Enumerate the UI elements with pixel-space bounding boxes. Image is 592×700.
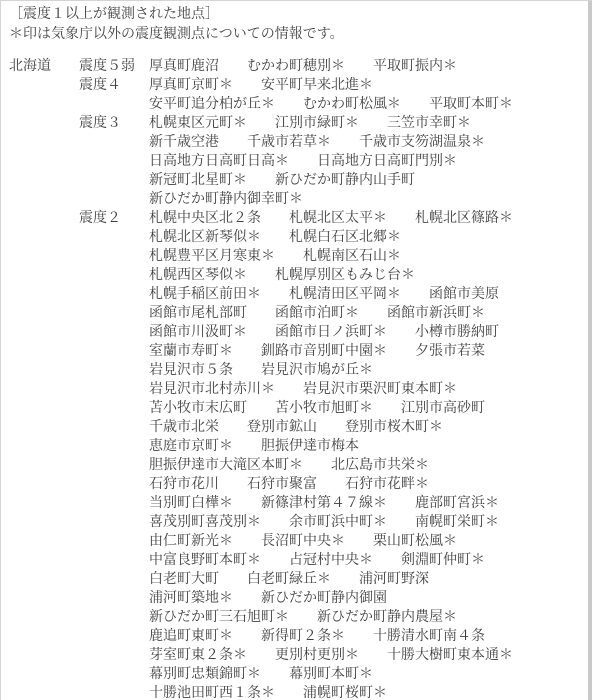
intensity-label — [79, 171, 149, 190]
intensity-label — [79, 228, 149, 247]
station-list-line: 札幌手稲区前田＊ 札幌清田区平岡＊ 函館市美原 — [149, 285, 582, 304]
observation-row: 苫小牧市末広町 苫小牧市旭町＊ 江別市高砂町 — [9, 399, 582, 418]
observation-row: 岩見沢市北村赤川＊ 岩見沢市栗沢町東本町＊ — [9, 380, 582, 399]
region-name — [9, 95, 79, 114]
observation-row: 新ひだか町三石旭町＊ 新ひだか町静内農屋＊ — [9, 608, 582, 627]
region-name — [9, 247, 79, 266]
region-name — [9, 589, 79, 608]
intensity-label: 震度４ — [79, 76, 149, 95]
observation-row: 芽室町東２条＊ 更別村更別＊ 十勝大樹町東本通＊ — [9, 646, 582, 665]
observation-row: 由仁町新光＊ 長沼町中央＊ 栗山町松風＊ — [9, 532, 582, 551]
intensity-label — [79, 323, 149, 342]
station-list-line: 由仁町新光＊ 長沼町中央＊ 栗山町松風＊ — [149, 532, 582, 551]
station-list-line: 新冠町北星町＊ 新ひだか町静内山手町 — [149, 171, 582, 190]
observation-row: 札幌手稲区前田＊ 札幌清田区平岡＊ 函館市美原 — [9, 285, 582, 304]
station-list-line: 芽室町東２条＊ 更別村更別＊ 十勝大樹町東本通＊ — [149, 646, 582, 665]
station-list-line: 十勝池田町西１条＊ 浦幌町桜町＊ — [149, 684, 582, 700]
station-list-line: 札幌西区琴似＊ 札幌厚別区もみじ台＊ — [149, 266, 582, 285]
intensity-label — [79, 589, 149, 608]
station-list-line: 安平町追分柏が丘＊ むかわ町松風＊ 平取町本町＊ — [149, 95, 582, 114]
region-name — [9, 76, 79, 95]
station-list-line: 函館市尾札部町 函館市泊町＊ 函館市新浜町＊ — [149, 304, 582, 323]
region-name — [9, 228, 79, 247]
observation-list: 北海道震度５弱厚真町鹿沼 むかわ町穂別＊ 平取町振内＊震度４厚真町京町＊ 安平町… — [9, 57, 582, 700]
station-list-line: 厚真町京町＊ 安平町早来北進＊ — [149, 76, 582, 95]
region-name — [9, 646, 79, 665]
intensity-label — [79, 551, 149, 570]
station-list-line: 浦河町築地＊ 新ひだか町静内御園 — [149, 589, 582, 608]
observation-row: 安平町追分柏が丘＊ むかわ町松風＊ 平取町本町＊ — [9, 95, 582, 114]
station-list-line: 新ひだか町静内御幸町＊ — [149, 190, 582, 209]
region-name — [9, 209, 79, 228]
observation-row: 函館市川汲町＊ 函館市日ノ浜町＊ 小樽市勝納町 — [9, 323, 582, 342]
intensity-label — [79, 399, 149, 418]
region-name — [9, 437, 79, 456]
station-list-line: 喜茂別町喜茂別＊ 余市町浜中町＊ 南幌町栄町＊ — [149, 513, 582, 532]
region-name — [9, 570, 79, 589]
station-list-line: 札幌北区新琴似＊ 札幌白石区北郷＊ — [149, 228, 582, 247]
earthquake-report-page: ［震度１以上が観測された地点］ ＊印は気象庁以外の震度観測点についての情報です。… — [0, 0, 592, 700]
intensity-label — [79, 627, 149, 646]
intensity-label — [79, 152, 149, 171]
station-list-line: 室蘭市寿町＊ 釧路市音別町中園＊ 夕張市若菜 — [149, 342, 582, 361]
observation-row: 震度４厚真町京町＊ 安平町早来北進＊ — [9, 76, 582, 95]
intensity-label: 震度３ — [79, 114, 149, 133]
intensity-label — [79, 494, 149, 513]
observation-row: 中富良野町本町＊ 占冠村中央＊ 剣淵町仲町＊ — [9, 551, 582, 570]
intensity-label: 震度２ — [79, 209, 149, 228]
report-content: ［震度１以上が観測された地点］ ＊印は気象庁以外の震度観測点についての情報です。… — [9, 4, 582, 700]
station-list-line: 札幌豊平区月寒東＊ 札幌南区石山＊ — [149, 247, 582, 266]
region-name — [9, 133, 79, 152]
intensity-label — [79, 437, 149, 456]
observation-row: 震度３札幌東区元町＊ 江別市緑町＊ 三笠市幸町＊ — [9, 114, 582, 133]
observation-row: 胆振伊達市大滝区本町＊ 北広島市共栄＊ — [9, 456, 582, 475]
asterisk-note: ＊印は気象庁以外の震度観測点についての情報です。 — [9, 24, 582, 44]
intensity-label — [79, 684, 149, 700]
observation-row: 岩見沢市５条 岩見沢市鳩が丘＊ — [9, 361, 582, 380]
region-name — [9, 323, 79, 342]
observation-row: 新ひだか町静内御幸町＊ — [9, 190, 582, 209]
observation-row: 札幌西区琴似＊ 札幌厚別区もみじ台＊ — [9, 266, 582, 285]
region-name — [9, 684, 79, 700]
station-list-line: 当別町白樺＊ 新篠津村第４７線＊ 鹿部町宮浜＊ — [149, 494, 582, 513]
station-list-line: 札幌中央区北２条 札幌北区太平＊ 札幌北区篠路＊ — [149, 209, 582, 228]
station-list-line: 岩見沢市北村赤川＊ 岩見沢市栗沢町東本町＊ — [149, 380, 582, 399]
observation-row: 新千歳空港 千歳市若草＊ 千歳市支笏湖温泉＊ — [9, 133, 582, 152]
intensity-label — [79, 285, 149, 304]
region-name — [9, 380, 79, 399]
region-name — [9, 608, 79, 627]
station-list-line: 千歳市北栄 登別市鉱山 登別市桜木町＊ — [149, 418, 582, 437]
region-name — [9, 285, 79, 304]
intensity-label — [79, 190, 149, 209]
observation-row: 浦河町築地＊ 新ひだか町静内御園 — [9, 589, 582, 608]
observation-row: 札幌北区新琴似＊ 札幌白石区北郷＊ — [9, 228, 582, 247]
observation-row: 北海道震度５弱厚真町鹿沼 むかわ町穂別＊ 平取町振内＊ — [9, 57, 582, 76]
intensity-label — [79, 380, 149, 399]
report-header: ［震度１以上が観測された地点］ ＊印は気象庁以外の震度観測点についての情報です。 — [9, 4, 582, 44]
intensity-label — [79, 95, 149, 114]
station-list-line: 中富良野町本町＊ 占冠村中央＊ 剣淵町仲町＊ — [149, 551, 582, 570]
region-name — [9, 475, 79, 494]
region-name — [9, 494, 79, 513]
region-name — [9, 456, 79, 475]
observation-row: 鹿追町東町＊ 新得町２条＊ 十勝清水町南４条 — [9, 627, 582, 646]
station-list-line: 胆振伊達市大滝区本町＊ 北広島市共栄＊ — [149, 456, 582, 475]
station-list-line: 新千歳空港 千歳市若草＊ 千歳市支笏湖温泉＊ — [149, 133, 582, 152]
station-list-line: 札幌東区元町＊ 江別市緑町＊ 三笠市幸町＊ — [149, 114, 582, 133]
observation-row: 日高地方日高町日高＊ 日高地方日高町門別＊ — [9, 152, 582, 171]
region-name — [9, 190, 79, 209]
region-name — [9, 342, 79, 361]
intensity-label — [79, 342, 149, 361]
scrollbar[interactable] — [588, 1, 592, 700]
region-name — [9, 513, 79, 532]
intensity-label — [79, 646, 149, 665]
station-list-line: 鹿追町東町＊ 新得町２条＊ 十勝清水町南４条 — [149, 627, 582, 646]
station-list-line: 函館市川汲町＊ 函館市日ノ浜町＊ 小樽市勝納町 — [149, 323, 582, 342]
intensity-label — [79, 570, 149, 589]
observation-row: 石狩市花川 石狩市聚富 石狩市花畔＊ — [9, 475, 582, 494]
region-name — [9, 266, 79, 285]
observation-row: 震度２札幌中央区北２条 札幌北区太平＊ 札幌北区篠路＊ — [9, 209, 582, 228]
observation-row: 当別町白樺＊ 新篠津村第４７線＊ 鹿部町宮浜＊ — [9, 494, 582, 513]
intensity-label — [79, 418, 149, 437]
station-list-line: 幕別町忠類錦町＊ 幕別町本町＊ — [149, 665, 582, 684]
intensity-label — [79, 133, 149, 152]
station-list-line: 恵庭市京町＊ 胆振伊達市梅本 — [149, 437, 582, 456]
intensity-label — [79, 266, 149, 285]
observation-row: 室蘭市寿町＊ 釧路市音別町中園＊ 夕張市若菜 — [9, 342, 582, 361]
region-name: 北海道 — [9, 57, 79, 76]
intensity-label — [79, 513, 149, 532]
intensity-label — [79, 532, 149, 551]
intensity-label — [79, 665, 149, 684]
region-name — [9, 152, 79, 171]
region-name — [9, 171, 79, 190]
region-name — [9, 665, 79, 684]
region-name — [9, 304, 79, 323]
station-list-line: 厚真町鹿沼 むかわ町穂別＊ 平取町振内＊ — [149, 57, 582, 76]
region-name — [9, 627, 79, 646]
region-name — [9, 114, 79, 133]
station-list-line: 石狩市花川 石狩市聚富 石狩市花畔＊ — [149, 475, 582, 494]
intensity-label — [79, 456, 149, 475]
station-list-line: 日高地方日高町日高＊ 日高地方日高町門別＊ — [149, 152, 582, 171]
station-list-line: 岩見沢市５条 岩見沢市鳩が丘＊ — [149, 361, 582, 380]
observation-row: 恵庭市京町＊ 胆振伊達市梅本 — [9, 437, 582, 456]
region-name — [9, 361, 79, 380]
observation-row: 千歳市北栄 登別市鉱山 登別市桜木町＊ — [9, 418, 582, 437]
intensity-label — [79, 304, 149, 323]
observation-row: 札幌豊平区月寒東＊ 札幌南区石山＊ — [9, 247, 582, 266]
station-list-line: 新ひだか町三石旭町＊ 新ひだか町静内農屋＊ — [149, 608, 582, 627]
station-list-line: 白老町大町 白老町緑丘＊ 浦河町野深 — [149, 570, 582, 589]
region-name — [9, 551, 79, 570]
observation-row: 十勝池田町西１条＊ 浦幌町桜町＊ — [9, 684, 582, 700]
observation-row: 白老町大町 白老町緑丘＊ 浦河町野深 — [9, 570, 582, 589]
intensity-label: 震度５弱 — [79, 57, 149, 76]
page-title: ［震度１以上が観測された地点］ — [9, 4, 582, 24]
station-list-line: 苫小牧市末広町 苫小牧市旭町＊ 江別市高砂町 — [149, 399, 582, 418]
region-name — [9, 532, 79, 551]
observation-row: 喜茂別町喜茂別＊ 余市町浜中町＊ 南幌町栄町＊ — [9, 513, 582, 532]
intensity-label — [79, 361, 149, 380]
observation-row: 新冠町北星町＊ 新ひだか町静内山手町 — [9, 171, 582, 190]
region-name — [9, 399, 79, 418]
observation-row: 函館市尾札部町 函館市泊町＊ 函館市新浜町＊ — [9, 304, 582, 323]
region-name — [9, 418, 79, 437]
observation-row: 幕別町忠類錦町＊ 幕別町本町＊ — [9, 665, 582, 684]
intensity-label — [79, 608, 149, 627]
intensity-label — [79, 247, 149, 266]
intensity-label — [79, 475, 149, 494]
